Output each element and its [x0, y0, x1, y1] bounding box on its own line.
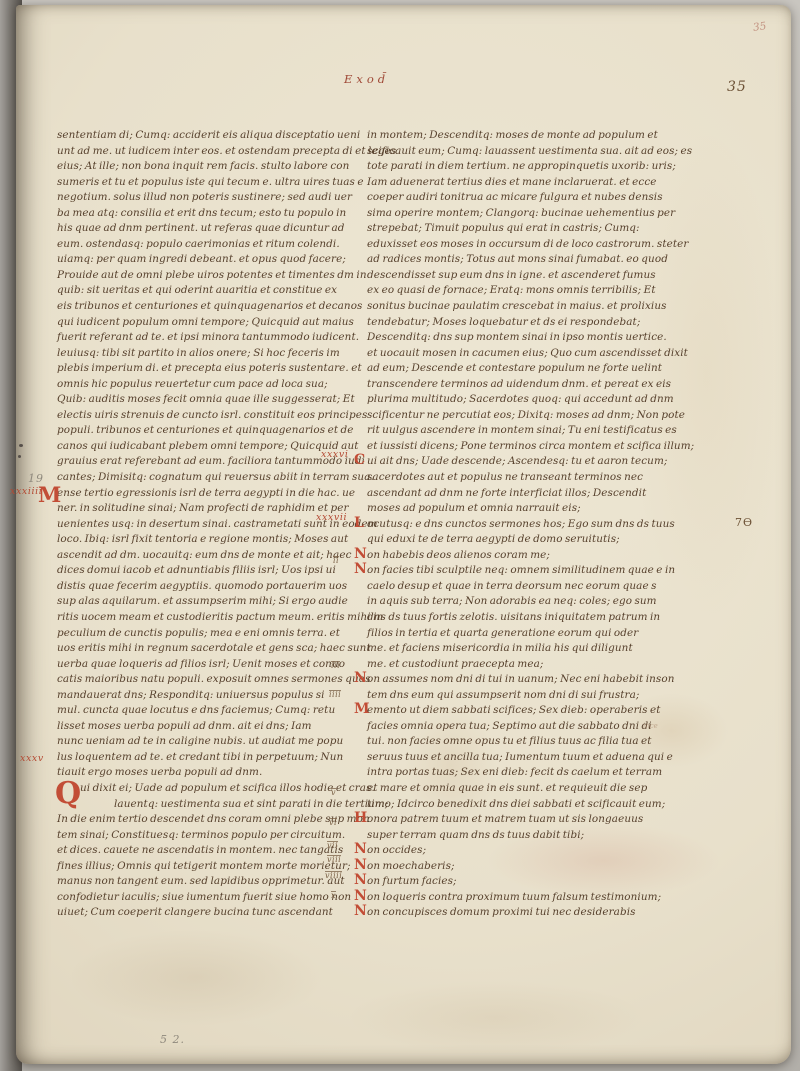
manuscript-line: sacerdotes aut et populus ne transeant t… [355, 470, 657, 486]
manuscript-line: et mare et omnia quae in eis sunt. et re… [355, 781, 657, 797]
rubricated-initial: N [354, 873, 367, 888]
line-text: nunc ueniam ad te in caligine nubis. ut … [57, 735, 343, 747]
manuscript-line: Iam aduenerat tertius dies et mane incla… [355, 175, 657, 191]
manuscript-line: Locutusq: e dns cunctos sermones hos; Eg… [355, 517, 657, 533]
line-text: tem sinai; Constituesq: terminos populo … [57, 829, 345, 841]
manuscript-line: sima operire montem; Clangorq: bucinae u… [355, 206, 657, 222]
text-column-left: sententiam di; Cumq: acciderit eis aliqu… [57, 128, 355, 921]
manuscript-line: nunc ueniam ad te in caligine nubis. ut … [57, 734, 355, 750]
line-text: on habebis deos alienos coram me; [367, 549, 550, 561]
line-text: ui ait dns; Uade descende; Ascendesq: tu… [367, 455, 668, 467]
manuscript-line: sumeris et tu et populus iste qui tecum … [57, 175, 355, 191]
manuscript-line: Memento ut diem sabbati scifices; Sex di… [355, 703, 657, 719]
rubricated-initial: C [354, 453, 365, 468]
manuscript-line: Non facies tibi sculptile neq: omnem sim… [355, 563, 657, 579]
line-text: transcendere terminos ad uidendum dnm. e… [367, 378, 671, 390]
line-text: uerba quae loqueris ad filios isrl; Ueni… [57, 658, 345, 670]
manuscript-line: tui. non facies omne opus tu et filius t… [355, 734, 657, 750]
line-text: unt ad me. ut iudicem inter eos. et oste… [57, 145, 396, 157]
line-text: uiuet; Cum coeperit clangere bucina tunc… [57, 906, 333, 918]
line-text: confodietur iaculis; siue iumentum fueri… [57, 891, 351, 903]
line-text: et uocauit mosen in cacumen eius; Quo cu… [367, 347, 688, 359]
line-text: dns ds tuus fortis zelotis. uisitans ini… [367, 611, 660, 623]
manuscript-line: tendebatur; Moses loquebatur et ds ei re… [355, 315, 657, 331]
manuscript-line: moses ad populum et omnia narrauit eis; [355, 501, 657, 517]
line-text: filios in tertia et quarta generatione e… [367, 627, 638, 639]
manuscript-line: tote parati in diem tertium. ne appropin… [355, 159, 657, 175]
manuscript-line: me. et faciens misericordia in milia his… [355, 641, 657, 657]
edge-speck [18, 455, 21, 458]
line-text: on occides; [367, 844, 426, 856]
manuscript-line: his quae ad dnm pertinent. ut referas qu… [57, 221, 355, 237]
manuscript-line: uiuet; Cum coeperit clangere bucina tunc… [57, 905, 355, 921]
manuscript-line: super terram quam dns ds tuus dabit tibi… [355, 828, 657, 844]
manuscript-line: quib: sit ueritas et qui oderint auariti… [57, 283, 355, 299]
line-text: fines illius; Omnis qui tetigerit montem… [57, 860, 351, 872]
line-text: distis quae fecerim aegyptiis. quomodo p… [57, 580, 347, 592]
line-text: coeper audiri tonitrua ac micare fulgura… [367, 191, 663, 203]
line-text: plebis imperium di. et precepta eius pot… [57, 362, 362, 374]
line-text: sumeris et tu et populus iste qui tecum … [57, 176, 364, 188]
parchment-stain [346, 980, 646, 1055]
manuscript-line: Non assumes nom dni di tui in uanum; Nec… [355, 672, 657, 688]
manuscript-line: leuiusq: tibi sit partito in alios onere… [57, 346, 355, 362]
line-text: on moechaberis; [367, 860, 455, 872]
manuscript-line: Honora patrem tuum et matrem tuam ut sis… [355, 812, 657, 828]
line-text: et mare et omnia quae in eis sunt. et re… [367, 782, 647, 794]
manuscript-line: descendisset sup eum dns in igne. et asc… [355, 268, 657, 284]
manuscript-line: uiamq: per quam ingredi debeant. et opus… [57, 252, 355, 268]
text-column-right: in montem; Descenditq: moses de monte ad… [355, 128, 657, 921]
line-text: ascendit ad dm. uocauitq: eum dns de mon… [57, 549, 352, 561]
manuscript-line: Non furtum facies; [355, 874, 657, 890]
line-text: scificauit eum; Cumq: lauassent uestimen… [367, 145, 692, 157]
line-text: in montem; Descenditq: moses de monte ad… [367, 129, 658, 141]
manuscript-line: ad radices montis; Totus aut mons sinai … [355, 252, 657, 268]
manuscript-line: timo; Idcirco benedixit dns diei sabbati… [355, 797, 657, 813]
line-text: omnis hic populus reuertetur cum pace ad… [57, 378, 328, 390]
line-text: negotium. solus illud non poteris sustin… [57, 191, 352, 203]
manuscript-line: eduxisset eos moses in occursum di de lo… [355, 237, 657, 253]
line-text: ritis uocem meam et custodieritis pactum… [57, 611, 383, 623]
line-text: eum. ostendasq: populo caerimonias et ri… [57, 238, 340, 250]
line-text: qui eduxi te de terra aegypti de domo se… [367, 533, 620, 545]
line-text: ad eum; Descende et contestare populum n… [367, 362, 662, 374]
line-text: onora patrem tuum et matrem tuam ut sis … [367, 813, 643, 825]
line-text: uenientes usq: in desertum sinai. castra… [57, 518, 378, 530]
manuscript-line: filios in tertia et quarta generatione e… [355, 626, 657, 642]
line-text: sup alas aquilarum. et assumpserim mihi;… [57, 595, 348, 607]
manuscript-line: ner. in solitudine sinai; Nam profecti d… [57, 501, 355, 517]
line-text: eduxisset eos moses in occursum di de lo… [367, 238, 688, 250]
line-text: intra portas tuas; Sex eni dieb: fecit d… [367, 766, 662, 778]
manuscript-line: et uocauit mosen in cacumen eius; Quo cu… [355, 346, 657, 362]
line-text: lauentq: uestimenta sua et sint parati i… [114, 798, 389, 810]
manuscript-line: et dices. cauete ne ascendatis in montem… [57, 843, 355, 859]
manuscript-line: grauius erat referebant ad eum. facilior… [57, 454, 355, 470]
line-text: in aquis sub terra; Non adorabis ea neq:… [367, 595, 657, 607]
line-text: plurima multitudo; Sacerdotes quoq: qui … [367, 393, 674, 405]
manuscript-line: loco. Ibiq: isrl fixit tentoria e region… [57, 532, 355, 548]
line-text: ense tertio egressionis isrl de terra ae… [57, 487, 355, 499]
manuscript-line: scificauit eum; Cumq: lauassent uestimen… [355, 144, 657, 160]
manuscript-line: strepebat; Timuit populus qui erat in ca… [355, 221, 657, 237]
line-text: quib: sit ueritas et qui oderint auariti… [57, 284, 337, 296]
line-text: tiauit ergo moses uerba populi ad dnm. [57, 766, 262, 778]
line-text: dices domui iacob et adnuntiabis filiis … [57, 564, 336, 576]
line-text: catis maioribus natu populi. exposuit om… [57, 673, 371, 685]
manuscript-line: unt ad me. ut iudicem inter eos. et oste… [57, 144, 355, 160]
manuscript-line: fines illius; Omnis qui tetigerit montem… [57, 859, 355, 875]
rubricated-initial: M [354, 702, 370, 717]
manuscript-line: negotium. solus illud non poteris sustin… [57, 190, 355, 206]
folio-number: 35 [727, 79, 747, 95]
line-text: on assumes nom dni di tui in uanum; Nec … [367, 673, 675, 685]
rubricated-initial: H [354, 811, 367, 826]
line-text: caelo desup et quae in terra deorsum nec… [367, 580, 657, 592]
manuscript-line: omnis hic populus reuertetur cum pace ad… [57, 377, 355, 393]
line-text: uos eritis mihi in regnum sacerdotale et… [57, 642, 371, 654]
line-text: seruus tuus et ancilla tua; Iumentum tuu… [367, 751, 673, 763]
parchment-stain [71, 930, 321, 1025]
line-text: tui. non facies omne opus tu et filius t… [367, 735, 652, 747]
line-text: strepebat; Timuit populus qui erat in ca… [367, 222, 640, 234]
line-text: ba mea atq: consilia et erit dns tecum; … [57, 207, 346, 219]
line-text: ad radices montis; Totus aut mons sinai … [367, 253, 668, 265]
manuscript-line: sententiam di; Cumq: acciderit eis aliqu… [57, 128, 355, 144]
corner-folio-number: 35 [752, 20, 767, 34]
manuscript-line: coeper audiri tonitrua ac micare fulgura… [355, 190, 657, 206]
manuscript-line: populi. tribunos et centuriones et quinq… [57, 423, 355, 439]
manuscript-line: uos eritis mihi in regnum sacerdotale et… [57, 641, 355, 657]
manuscript-line: distis quae fecerim aegyptiis. quomodo p… [57, 579, 355, 595]
line-text: et dices. cauete ne ascendatis in montem… [57, 844, 343, 856]
edge-speck [19, 444, 23, 447]
line-text: on facies tibi sculptile neq: omnem simi… [367, 564, 675, 576]
line-text: moses ad populum et omnia narrauit eis; [367, 502, 581, 514]
line-text: sima operire montem; Clangorq: bucinae u… [367, 207, 675, 219]
manuscript-line: manus non tangent eum. sed lapidibus opp… [57, 874, 355, 890]
manuscript-line: Mense tertio egressionis isrl de terra a… [57, 486, 355, 502]
line-text: Iam aduenerat tertius dies et mane incla… [367, 176, 657, 188]
manuscript-line: Non moechaberis; [355, 859, 657, 875]
manuscript-line: eis tribunos et centuriones et quinquage… [57, 299, 355, 315]
line-text: ner. in solitudine sinai; Nam profecti d… [57, 502, 349, 514]
manuscript-line: tiauit ergo moses uerba populi ad dnm. [57, 765, 355, 781]
line-text: tem dns eum qui assumpserit nom dni di s… [367, 689, 640, 701]
manuscript-line: Prouide aut de omni plebe uiros potentes… [57, 268, 355, 284]
manuscript-line: rit uulgus ascendere in montem sinai; Tu… [355, 423, 657, 439]
manuscript-line: lisset moses uerba populi ad dnm. ait ei… [57, 719, 355, 735]
manuscript-line: eius; At ille; non bona inquit rem facis… [57, 159, 355, 175]
line-text: electis uiris strenuis de cuncto isrl. c… [57, 409, 367, 421]
line-text: eis tribunos et centuriones et quinquage… [57, 300, 363, 312]
line-text: on furtum facies; [367, 875, 457, 887]
manuscript-line: peculium de cunctis populis; mea e eni o… [57, 626, 355, 642]
manuscript-line: fuerit referant ad te. et ipsi minora ta… [57, 330, 355, 346]
manuscript-line: Qui dixit ei; Uade ad populum et scifica… [57, 781, 355, 797]
line-text: peculium de cunctis populis; mea e eni o… [57, 627, 340, 639]
line-text: In die enim tertio descendet dns coram o… [57, 813, 370, 825]
line-text: ui dixit ei; Uade ad populum et scifica … [80, 782, 375, 794]
manuscript-line: et iussisti dicens; Pone terminos circa … [355, 439, 657, 455]
line-text: timo; Idcirco benedixit dns diei sabbati… [367, 798, 665, 810]
line-text: Descenditq: dns sup montem sinai in ipso… [367, 331, 667, 343]
manuscript-line: Non loqueris contra proximum tuum falsum… [355, 890, 657, 906]
manuscript-line: in montem; Descenditq: moses de monte ad… [355, 128, 657, 144]
line-text: loco. Ibiq: isrl fixit tentoria e region… [57, 533, 348, 545]
line-text: tote parati in diem tertium. ne appropin… [367, 160, 676, 172]
manuscript-line: ex eo quasi de fornace; Eratq: mons omni… [355, 283, 657, 299]
manuscript-line: electis uiris strenuis de cuncto isrl. c… [57, 408, 355, 424]
manuscript-line: seruus tuus et ancilla tua; Iumentum tuu… [355, 750, 657, 766]
manuscript-line: facies omnia opera tua; Septimo aut die … [355, 719, 657, 735]
manuscript-line: plebis imperium di. et precepta eius pot… [57, 361, 355, 377]
manuscript-line: scificentur ne percutiat eos; Dixitq: mo… [355, 408, 657, 424]
manuscript-line: qui iudicent populum omni tempore; Quicq… [57, 315, 355, 331]
line-text: me. et faciens misericordia in milia his… [367, 642, 633, 654]
manuscript-line: Cui ait dns; Uade descende; Ascendesq: t… [355, 454, 657, 470]
line-text: lus loquentem ad te. et credant tibi in … [57, 751, 343, 763]
line-text: me. et custodiunt praecepta mea; [367, 658, 544, 670]
manuscript-line: canos qui iudicabant plebem omni tempore… [57, 439, 355, 455]
line-text: on concupisces domum proximi tui nec des… [367, 906, 636, 918]
manuscript-line: tem dns eum qui assumpserit nom dni di s… [355, 688, 657, 704]
rubricated-initial: L [354, 516, 364, 531]
manuscript-line: sup alas aquilarum. et assumpserim mihi;… [57, 594, 355, 610]
line-text: cantes; Dimisitq: cognatum qui reuersus … [57, 471, 374, 483]
manuscript-line: ba mea atq: consilia et erit dns tecum; … [57, 206, 355, 222]
manuscript-line: eum. ostendasq: populo caerimonias et ri… [57, 237, 355, 253]
manuscript-line: Quib: auditis moses fecit omnia quae ill… [57, 392, 355, 408]
manuscript-line: me. et custodiunt praecepta mea; [355, 657, 657, 673]
line-text: leuiusq: tibi sit partito in alios onere… [57, 347, 340, 359]
rubricated-initial: N [354, 889, 367, 904]
line-text: eius; At ille; non bona inquit rem facis… [57, 160, 349, 172]
line-text: manus non tangent eum. sed lapidibus opp… [57, 875, 345, 887]
line-text: ex eo quasi de fornace; Eratq: mons omni… [367, 284, 656, 296]
rubricated-initial: N [354, 858, 367, 873]
manuscript-line: lus loquentem ad te. et credant tibi in … [57, 750, 355, 766]
line-text: ocutusq: e dns cunctos sermones hos; Ego… [367, 518, 675, 530]
manuscript-line: uerba quae loqueris ad filios isrl; Ueni… [57, 657, 355, 673]
manuscript-line: Non concupisces domum proximi tui nec de… [355, 905, 657, 921]
manuscript-photo: { "page": { "header": "Exod̄", "folio_nu… [0, 0, 800, 1071]
manuscript-line: lauentq: uestimenta sua et sint parati i… [57, 797, 355, 813]
line-text: sacerdotes aut et populus ne transeant t… [367, 471, 643, 483]
manuscript-line: confodietur iaculis; siue iumentum fueri… [57, 890, 355, 906]
line-text: uiamq: per quam ingredi debeant. et opus… [57, 253, 346, 265]
line-text: et iussisti dicens; Pone terminos circa … [367, 440, 694, 452]
manuscript-line: mul. cuncta quae locutus e dns faciemus;… [57, 703, 355, 719]
line-text: descendisset sup eum dns in igne. et asc… [367, 269, 656, 281]
manuscript-line: qui eduxi te de terra aegypti de domo se… [355, 532, 657, 548]
line-text: canos qui iudicabant plebem omni tempore… [57, 440, 359, 452]
manuscript-line: in aquis sub terra; Non adorabis ea neq:… [355, 594, 657, 610]
line-text: lisset moses uerba populi ad dnm. ait ei… [57, 720, 312, 732]
manuscript-line: catis maioribus natu populi. exposuit om… [57, 672, 355, 688]
line-text: scificentur ne percutiat eos; Dixitq: mo… [367, 409, 685, 421]
line-text: super terram quam dns ds tuus dabit tibi… [367, 829, 584, 841]
manuscript-line: transcendere terminos ad uidendum dnm. e… [355, 377, 657, 393]
manuscript-line: caelo desup et quae in terra deorsum nec… [355, 579, 657, 595]
line-text: mul. cuncta quae locutus e dns faciemus;… [57, 704, 335, 716]
line-text: his quae ad dnm pertinent. ut referas qu… [57, 222, 345, 234]
line-text: grauius erat referebant ad eum. facilior… [57, 455, 365, 467]
manuscript-line: ritis uocem meam et custodieritis pactum… [57, 610, 355, 626]
line-text: populi. tribunos et centuriones et quinq… [57, 424, 354, 436]
running-title: Exod̄ [344, 72, 389, 86]
manuscript-line: Non occides; [355, 843, 657, 859]
manuscript-line: Descenditq: dns sup montem sinai in ipso… [355, 330, 657, 346]
rubricated-initial: N [354, 547, 367, 562]
line-text: fuerit referant ad te. et ipsi minora ta… [57, 331, 359, 343]
line-text: facies omnia opera tua; Septimo aut die … [367, 720, 652, 732]
rubricated-initial: N [354, 904, 367, 919]
line-text: ascendant ad dnm ne forte interficiat il… [367, 487, 646, 499]
line-text: qui iudicent populum omni tempore; Quicq… [57, 316, 354, 328]
line-text: sonitus bucinae paulatim crescebat in ma… [367, 300, 667, 312]
rubricated-initial: N [354, 562, 367, 577]
line-text: emento ut diem sabbati scifices; Sex die… [367, 704, 660, 716]
line-text: on loqueris contra proximum tuum falsum … [367, 891, 661, 903]
manuscript-line: ascendant ad dnm ne forte interficiat il… [355, 486, 657, 502]
line-text: rit uulgus ascendere in montem sinai; Tu… [367, 424, 677, 436]
manuscript-line: Non habebis deos alienos coram me; [355, 548, 657, 564]
manuscript-line: uenientes usq: in desertum sinai. castra… [57, 517, 355, 533]
manuscript-line: cantes; Dimisitq: cognatum qui reuersus … [57, 470, 355, 486]
line-text: mandauerat dns; Responditq: uniuersus po… [57, 689, 325, 701]
line-text: Prouide aut de omni plebe uiros potentes… [57, 269, 367, 281]
line-text: sententiam di; Cumq: acciderit eis aliqu… [57, 129, 360, 141]
line-text: Quib: auditis moses fecit omnia quae ill… [57, 393, 355, 405]
manuscript-line: ascendit ad dm. uocauitq: eum dns de mon… [57, 548, 355, 564]
manuscript-line: mandauerat dns; Responditq: uniuersus po… [57, 688, 355, 704]
manuscript-line: In die enim tertio descendet dns coram o… [57, 812, 355, 828]
manuscript-line: tem sinai; Constituesq: terminos populo … [57, 828, 355, 844]
manuscript-line: intra portas tuas; Sex eni dieb: fecit d… [355, 765, 657, 781]
manuscript-line: plurima multitudo; Sacerdotes quoq: qui … [355, 392, 657, 408]
rubricated-initial: N [354, 842, 367, 857]
rubricated-initial: N [354, 671, 367, 686]
manuscript-line: sonitus bucinae paulatim crescebat in ma… [355, 299, 657, 315]
manuscript-line: ad eum; Descende et contestare populum n… [355, 361, 657, 377]
manuscript-line: dices domui iacob et adnuntiabis filiis … [57, 563, 355, 579]
line-text: tendebatur; Moses loquebatur et ds ei re… [367, 316, 640, 328]
manuscript-line: dns ds tuus fortis zelotis. uisitans ini… [355, 610, 657, 626]
